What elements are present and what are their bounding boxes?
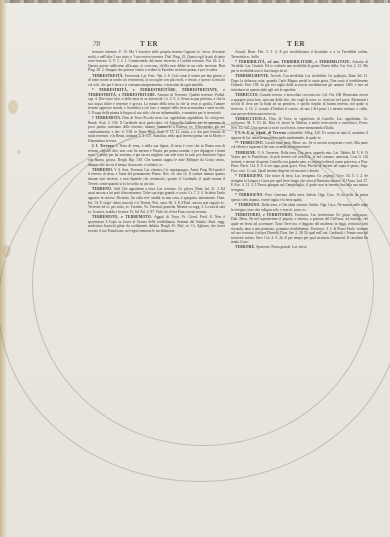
- entry-headword: TERRITORIO, e TERRITORIO.: [235, 213, 293, 217]
- dictionary-entry: TERREMOTO, e TERREMOTO. Agguti di Terra.…: [88, 215, 225, 233]
- running-head-left: T ER: [140, 40, 158, 48]
- entry-text: Assaril. Barn. Fier. 3. 3. 4. E poi terr…: [231, 50, 368, 59]
- right-column: Assaril. Barn. Fier. 3. 3. 4. E poi terr…: [231, 50, 368, 251]
- entry-headword: * TERRIGENO.: [235, 174, 263, 178]
- entry-headword: ** TERRICINO.: [235, 141, 264, 145]
- running-head-right: T ER: [287, 40, 305, 48]
- dictionary-entry: * TERRESTRITÀ, e TERRESTREITÀDE, TERREST…: [88, 88, 225, 116]
- dictionary-entry: TERRESTREITÀ. Terrestrità. Lat. Fisic. N…: [88, 74, 225, 88]
- dictionary-entry: TERRENO. Add. Che appartiene a terra. La…: [88, 187, 225, 215]
- entry-headword: TERRENO.: [92, 187, 112, 191]
- entry-headword: † TERREMOTA.: [92, 116, 121, 120]
- entry-headword: TERRIBILMENTE.: [235, 74, 269, 78]
- foxing-stain: [17, 150, 21, 154]
- scanned-page: 78 T ER T ER terrestre ottenere. F. 13. …: [0, 0, 390, 537]
- entry-headword: * TERRIBILITÀ, ed ant. TERRIBILITADE, e …: [235, 60, 351, 64]
- dictionary-entry: * TERRIGENO. Poet. Generato della terra.…: [231, 193, 368, 202]
- dictionary-entry: Assaril. Barn. Fier. 3. 3. 4. E poi terr…: [231, 50, 368, 59]
- entry-headword: TERREMOTO, e TERREMOTO.: [92, 215, 152, 219]
- dictionary-entry: TERRITORIO, e TERRITORIO. Territorio. La…: [231, 213, 368, 245]
- dictionary-entry: TERRIENE. V. A. Terrestre. Della terra. …: [231, 151, 368, 174]
- entry-headword: TERREMO.: [92, 168, 113, 172]
- dictionary-entry: terrestre ottenere. F. 13. Ma 'l terrest…: [88, 50, 225, 73]
- foxing-stain: [8, 100, 18, 114]
- entry-headword: * TERRIGNO.: [235, 203, 260, 207]
- entry-headword: § I. Terreno.: [92, 144, 115, 148]
- entry-headword: TERRORE.: [235, 245, 255, 249]
- entry-headword: * TERRIGENO.: [235, 193, 264, 197]
- dictionary-entry: ** TERRICINO. Cavata sotto terra. Mose. …: [231, 141, 368, 150]
- dictionary-entry: * TERRIGENO. Che nasce di terra. Lat. te…: [231, 174, 368, 192]
- entry-text: Add. Che appartiene a terra. Lat. terren…: [88, 187, 225, 214]
- dictionary-entry: * TERRIBILITÀ, ed ant. TERRIBILITADE, e …: [231, 60, 368, 74]
- dictionary-entry: TERRICCIO. Cumulo terroso, e mescolato c…: [231, 93, 368, 116]
- dictionary-entry: † TERREMOTA. Dim. di Terra. Piccola terr…: [88, 116, 225, 144]
- dictionary-entry: TERREMO. V. A. Sost. Terrazza. Lat. clau…: [88, 168, 225, 186]
- entry-text: Dim. di Terra. Piccola terra. Lat. oppid…: [88, 116, 225, 143]
- dictionary-entry: TERRORE. Spavento, Paura grande. Lat. te…: [231, 245, 368, 250]
- dictionary-entry: TERRICCIUOLA. Dim. di Terra, in signific…: [231, 117, 368, 131]
- dictionary-entry: TERRIBILMENTE. Avverb. Con terribilità. …: [231, 74, 368, 92]
- dictionary-entry: § I. S. E in signif. di Terreno coltivab…: [231, 131, 368, 140]
- entry-text: terrestre ottenere. F. 13. Ma 'l terrest…: [88, 50, 225, 72]
- dictionary-entry: * TERRIGNO. Della terra, e Che abita sot…: [231, 203, 368, 212]
- entry-headword: TERRIENE.: [235, 151, 256, 155]
- entry-headword: § I. S. E in signif. di Terreno: [235, 131, 286, 135]
- entry-headword: TERRESTREITÀ.: [92, 74, 124, 78]
- entry-headword: TERRICCIO.: [235, 93, 259, 97]
- page-number: 78: [93, 40, 100, 48]
- entry-text: Spavento, Paura grande. Lat. terror.: [256, 245, 307, 249]
- entry-headword: TERRICCIUOLA.: [235, 117, 267, 121]
- dictionary-entry: § I. Terreno. e Terra di vena, e nella s…: [88, 144, 225, 167]
- page-top-edge: [0, 0, 390, 3]
- entry-text: Territorio. Lat. territorium. Gr. χώρα, …: [231, 213, 368, 245]
- left-column: terrestre ottenere. F. 13. Ma 'l terrest…: [88, 50, 225, 234]
